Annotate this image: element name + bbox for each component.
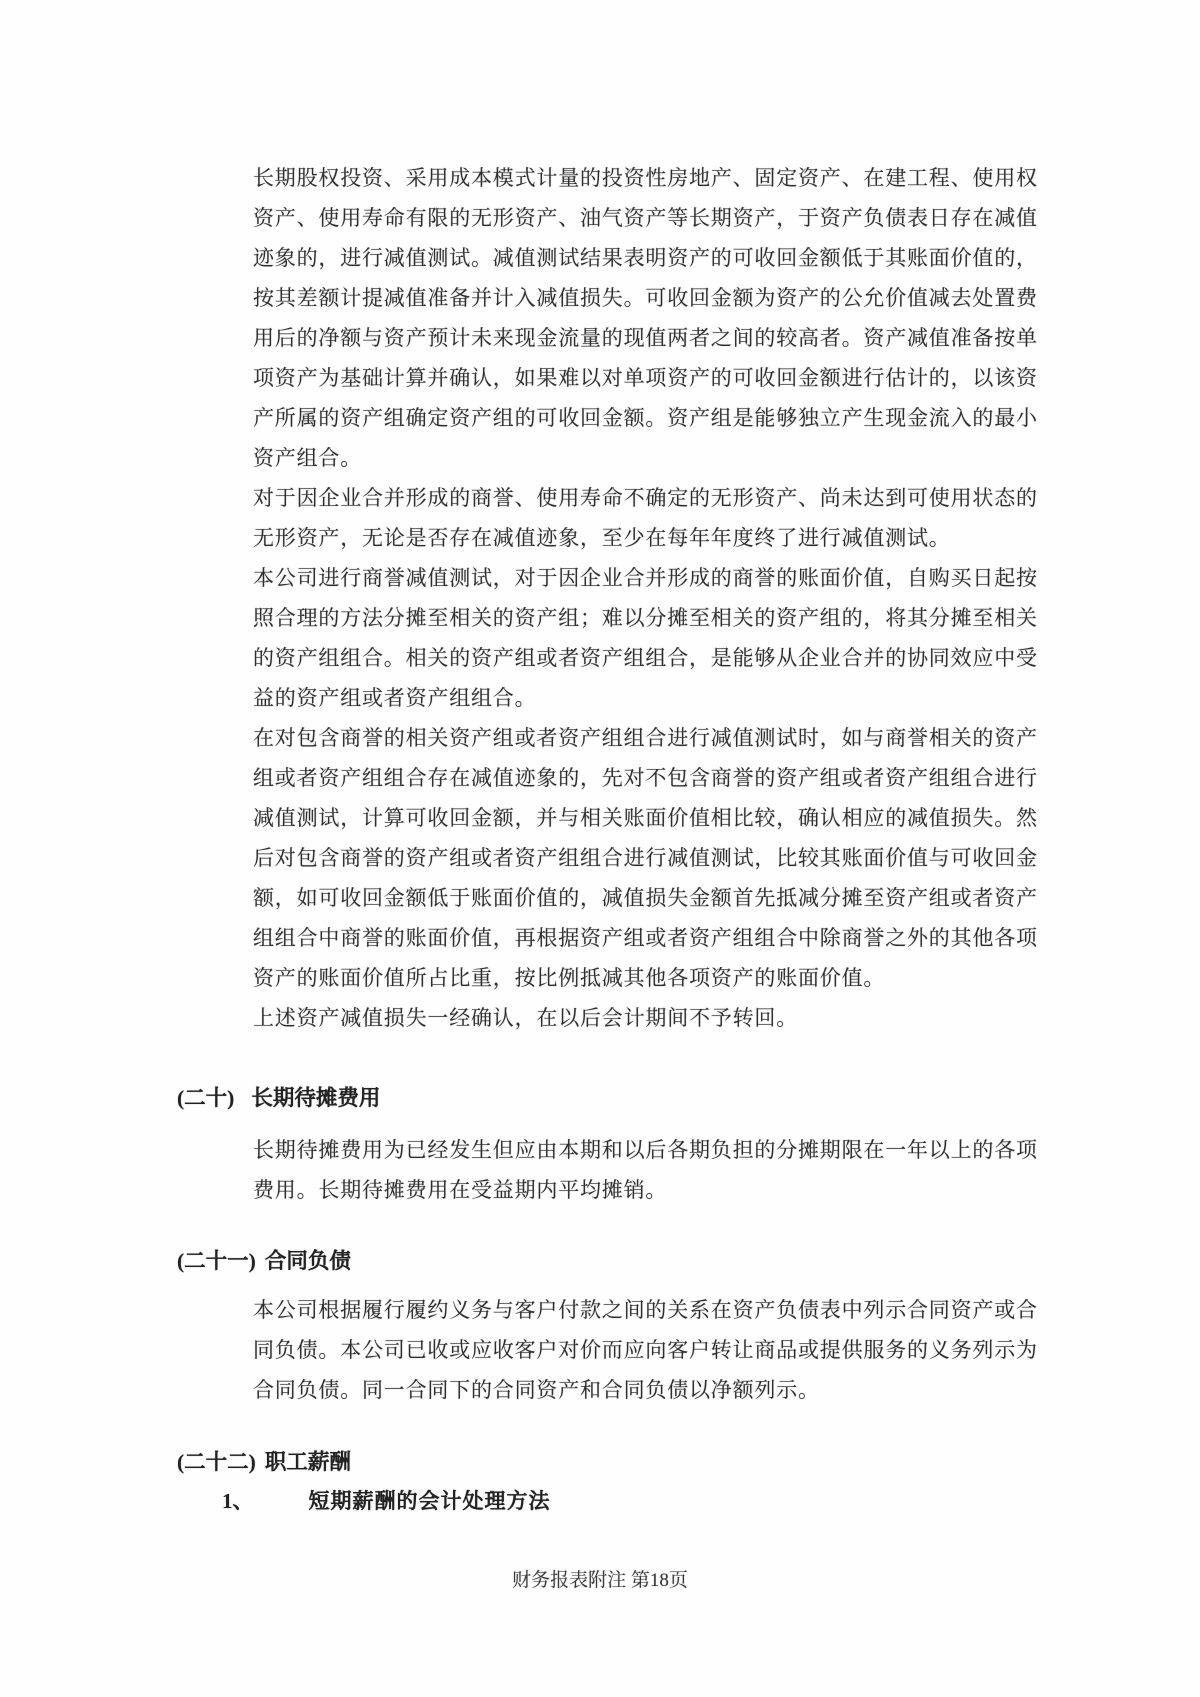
intro-paragraphs: 长期股权投资、采用成本模式计量的投资性房地产、固定资产、在建工程、使用权 资产、… [253,158,1053,1038]
paragraph-line: 同负债。本公司已收或应收客户对价而应向客户转让商品或提供服务的义务列示为 [253,1330,1053,1370]
paragraph-line: 长期股权投资、采用成本模式计量的投资性房地产、固定资产、在建工程、使用权 [253,158,1053,198]
paragraph-line: 无形资产，无论是否存在减值迹象，至少在每年年度终了进行减值测试。 [253,518,1053,558]
paragraph-line: 产所属的资产组确定资产组的可收回金额。资产组是能够独立产生现金流入的最小 [253,398,1053,438]
section-title: 职工薪酬 [265,1450,351,1474]
paragraph-line: 在对包含商誉的相关资产组或者资产组组合进行减值测试时，如与商誉相关的资产 [253,718,1053,758]
section-heading-21: (二十一)合同负债 [177,1246,351,1276]
paragraph-line: 照合理的方法分摊至相关的资产组；难以分摊至相关的资产组的，将其分摊至相关 [253,598,1053,638]
paragraph-line: 长期待摊费用为已经发生但应由本期和以后各期负担的分摊期限在一年以上的各项 [253,1130,1053,1170]
paragraph-line: 资产、使用寿命有限的无形资产、油气资产等长期资产，于资产负债表日存在减值 [253,198,1053,238]
paragraph-line: 费用。长期待摊费用在受益期内平均摊销。 [253,1170,1053,1210]
section-heading-22: (二十二)职工薪酬 [177,1447,351,1477]
document-page: 长期股权投资、采用成本模式计量的投资性房地产、固定资产、在建工程、使用权 资产、… [0,0,1200,1697]
section-title: 合同负债 [265,1249,351,1273]
paragraph-line: 合同负债。同一合同下的合同资产和合同负债以净额列示。 [253,1370,1053,1410]
subsection-title: 短期薪酬的会计处理方法 [309,1489,551,1513]
paragraph-line: 对于因企业合并形成的商誉、使用寿命不确定的无形资产、尚未达到可使用状态的 [253,478,1053,518]
section-21-body: 本公司根据履行履约义务与客户付款之间的关系在资产负债表中列示合同资产或合 同负债… [253,1290,1053,1410]
section-number: (二十) [177,1086,234,1110]
paragraph-line: 资产组合。 [253,438,1053,478]
page-footer: 财务报表附注 第18页 [0,1568,1200,1594]
section-number: (二十二) [177,1450,256,1474]
paragraph-line: 益的资产组或者资产组组合。 [253,678,1053,718]
paragraph-line: 迹象的，进行减值测试。减值测试结果表明资产的可收回金额低于其账面价值的， [253,238,1053,278]
paragraph-line: 资产的账面价值所占比重，按比例抵减其他各项资产的账面价值。 [253,958,1053,998]
paragraph-line: 减值测试，计算可收回金额，并与相关账面价值相比较，确认相应的减值损失。然 [253,798,1053,838]
paragraph-line: 用后的净额与资产预计未来现金流量的现值两者之间的较高者。资产减值准备按单 [253,318,1053,358]
paragraph-line: 的资产组组合。相关的资产组或者资产组组合，是能够从企业合并的协同效应中受 [253,638,1053,678]
paragraph-line: 后对包含商誉的资产组或者资产组组合进行减值测试，比较其账面价值与可收回金 [253,838,1053,878]
paragraph-line: 组组合中商誉的账面价值，再根据资产组或者资产组组合中除商誉之外的其他各项 [253,918,1053,958]
section-title: 长期待摊费用 [251,1086,380,1110]
section-heading-20: (二十)长期待摊费用 [177,1083,380,1113]
subsection-heading: 1、短期薪酬的会计处理方法 [222,1481,551,1521]
section-20-body: 长期待摊费用为已经发生但应由本期和以后各期负担的分摊期限在一年以上的各项 费用。… [253,1130,1053,1210]
paragraph-line: 组或者资产组组合存在减值迹象的，先对不包含商誉的资产组或者资产组组合进行 [253,758,1053,798]
paragraph-line: 额，如可收回金额低于账面价值的，减值损失金额首先抵减分摊至资产组或者资产 [253,878,1053,918]
paragraph-line: 本公司根据履行履约义务与客户付款之间的关系在资产负债表中列示合同资产或合 [253,1290,1053,1330]
paragraph-line: 上述资产减值损失一经确认，在以后会计期间不予转回。 [253,998,1053,1038]
paragraph-line: 按其差额计提减值准备并计入减值损失。可收回金额为资产的公允价值减去处置费 [253,278,1053,318]
section-number: (二十一) [177,1249,256,1273]
paragraph-line: 项资产为基础计算并确认，如果难以对单项资产的可收回金额进行估计的，以该资 [253,358,1053,398]
subsection-number: 1、 [222,1489,254,1513]
paragraph-line: 本公司进行商誉减值测试，对于因企业合并形成的商誉的账面价值，自购买日起按 [253,558,1053,598]
